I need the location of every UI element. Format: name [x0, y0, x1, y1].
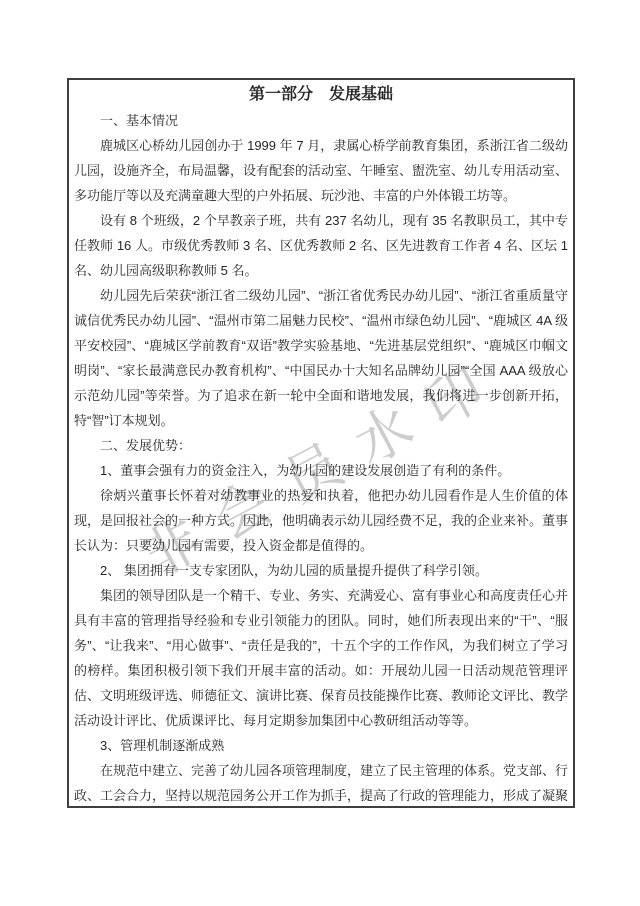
paragraph: 1、董事会强有力的资金注入，为幼儿园的建设发展创造了有利的条件。 — [74, 458, 568, 483]
paragraph: 3、管理机制逐渐成熟 — [74, 733, 568, 758]
paragraph: 徐炳兴董事长怀着对幼教事业的热爱和执着，他把办幼儿园看作是人生价值的体现，是回报… — [74, 483, 568, 558]
paragraph: 在规范中建立、完善了幼儿园各项管理制度，建立了民主管理的体系。党支部、行政、工会… — [74, 758, 568, 808]
paragraph: 鹿城区心桥幼儿园创办于 1999 年 7 月，隶属心桥学前教育集团，系浙江省二级… — [74, 133, 568, 208]
paragraph: 设有 8 个班级，2 个早教亲子班，共有 237 名幼儿，现有 35 名教职员工… — [74, 208, 568, 283]
paragraph: 一、基本情况 — [74, 108, 568, 133]
paragraph: 2、 集团拥有一支专家团队，为幼儿园的质量提升提供了科学引领。 — [74, 558, 568, 583]
paragraph: 幼儿园先后荣获“浙江省二级幼儿园”、“浙江省优秀民办幼儿园”、“浙江省重质量守诚… — [74, 283, 568, 433]
paragraph: 集团的领导团队是一个精干、专业、务实、充满爱心、富有事业心和高度责任心并具有丰富… — [74, 583, 568, 733]
document-page: 非会员水印 第一部分 发展基础 一、基本情况鹿城区心桥幼儿园创办于 1999 年… — [0, 0, 640, 906]
document-body: 一、基本情况鹿城区心桥幼儿园创办于 1999 年 7 月，隶属心桥学前教育集团，… — [69, 108, 573, 808]
document-frame: 非会员水印 第一部分 发展基础 一、基本情况鹿城区心桥幼儿园创办于 1999 年… — [67, 78, 575, 808]
paragraph: 二、发展优势： — [74, 433, 568, 458]
document-title: 第一部分 发展基础 — [69, 80, 573, 108]
